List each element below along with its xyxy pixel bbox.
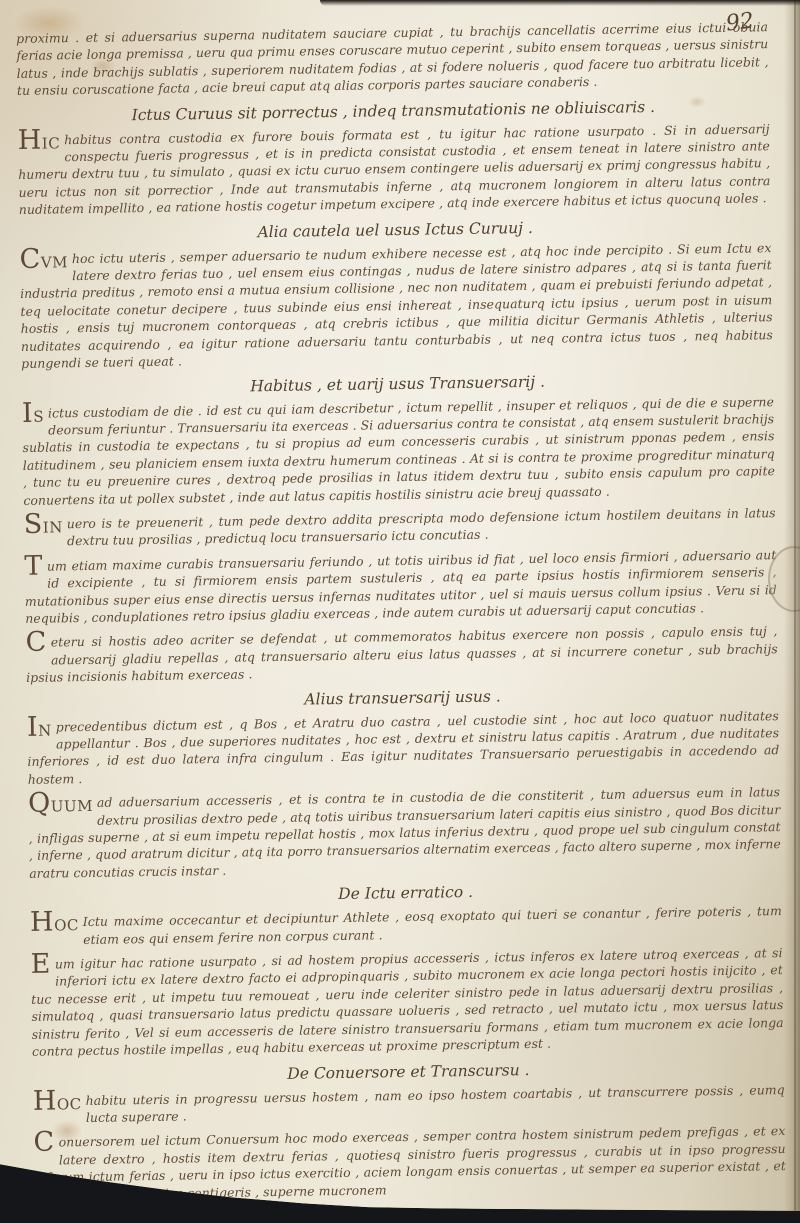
manuscript-paragraph: SINuero is te preuenerit , tum pede dext… <box>24 504 776 551</box>
paragraph-text: ad aduersarium accesseris , et is contra… <box>29 784 781 880</box>
manuscript-paragraph: CVMhoc ictu uteris , semper aduersario t… <box>19 239 773 373</box>
paragraph-text: um igitur hac ratione usurpato , si ad h… <box>31 945 784 1059</box>
paragraph-initial: QUUM <box>28 794 97 815</box>
paragraph-initial: SIN <box>24 515 67 536</box>
paragraph-initial: C <box>33 1134 58 1154</box>
manuscript-paragraph: Ceteru si hostis adeo acriter se defenda… <box>25 622 778 686</box>
paragraph-text: Ictu maxime occecantur et decipiuntur At… <box>83 903 782 946</box>
paragraph-text: proximu . et si aduersarius superna nudi… <box>16 19 769 98</box>
manuscript-paragraph: HOChabitu uteris in progressu uersus hos… <box>33 1081 785 1128</box>
paragraph-initial: IN <box>27 718 56 738</box>
paragraph-initial: HOC <box>30 913 83 934</box>
paragraph-initial: IS <box>22 404 48 424</box>
manuscript-paragraph: proximu . et si aduersarius superna nudi… <box>16 18 769 99</box>
paragraph-text: um etiam maxime curabis transuersariu fe… <box>25 547 777 626</box>
photo-top-gap <box>320 0 800 6</box>
paragraph-initial: CVM <box>19 250 72 271</box>
paragraph-text: habitus contra custodia ex furore bouis … <box>18 121 770 217</box>
manuscript-paragraph: INprecedentibus dictum est , q Bos , et … <box>27 707 780 788</box>
paragraph-text: onuersorem uel ictum Conuersum hoc modo … <box>34 1123 786 1202</box>
page-stack-edge <box>784 0 800 1223</box>
paragraph-initial: HOC <box>33 1092 86 1113</box>
manuscript-paragraph: Conuersorem uel ictum Conuersum hoc modo… <box>33 1122 786 1203</box>
paragraph-text: hoc ictu uteris , semper aduersario te n… <box>20 240 773 371</box>
paragraph-initial: E <box>31 956 56 976</box>
paragraph-text: precedentibus dictum est , q Bos , et Ar… <box>27 708 779 787</box>
paragraph-text: ictus custodiam de die . id est cu qui i… <box>22 394 775 508</box>
manuscript-text: proximu . et si aduersarius superna nudi… <box>16 18 786 1211</box>
paragraph-initial: HIC <box>18 131 65 152</box>
manuscript-paragraph: HOCIctu maxime occecantur et decipiuntur… <box>30 902 782 949</box>
manuscript-paragraph: Eum igitur hac ratione usurpato , si ad … <box>31 944 785 1060</box>
manuscript-paragraph: Tum etiam maxime curabis transuersariu f… <box>24 546 777 627</box>
paragraph-initial: C <box>25 634 50 654</box>
manuscript-page: 92 proximu . et si aduersarius superna n… <box>0 0 800 1223</box>
paragraph-initial: T <box>24 557 47 577</box>
page-stack-edge-line <box>794 0 796 1223</box>
paragraph-text: uero is te preuenerit , tum pede dextro … <box>67 505 776 549</box>
manuscript-paragraph: HIChabitus contra custodia ex furore bou… <box>18 120 771 219</box>
paragraph-text: habitu uteris in progressu uersus hostem… <box>86 1082 785 1125</box>
paragraph-text: eteru si hostis adeo acriter se defendat… <box>26 623 778 685</box>
manuscript-paragraph: QUUMad aduersarium accesseris , et is co… <box>28 783 781 882</box>
manuscript-paragraph: ISictus custodiam de die . id est cu qui… <box>22 393 776 509</box>
